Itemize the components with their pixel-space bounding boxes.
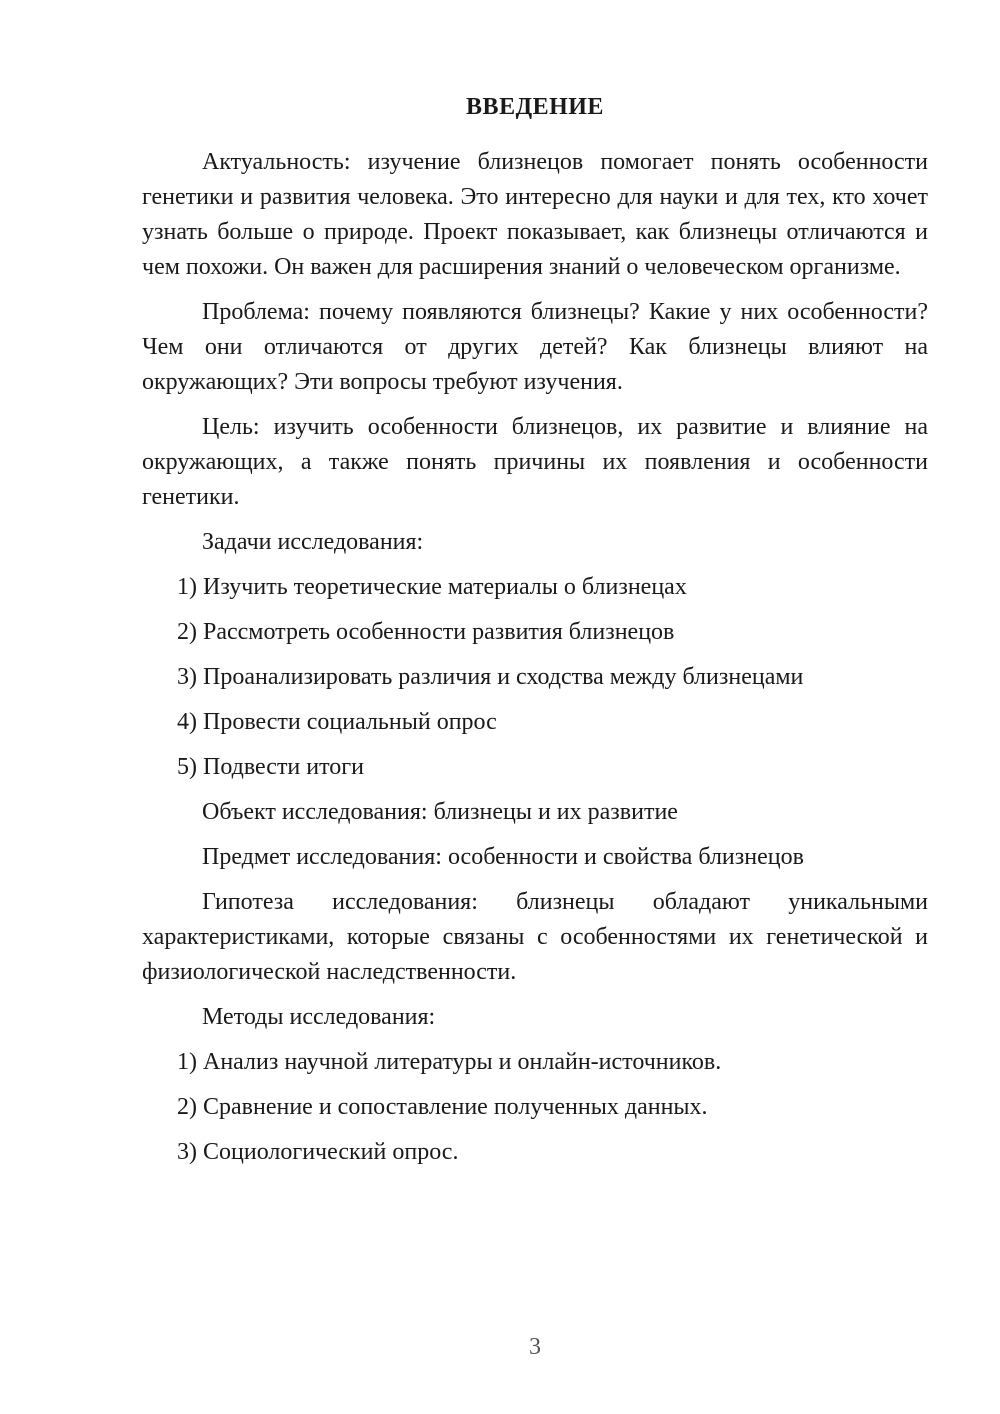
- task-item-4: 4) Провести социальный опрос: [177, 705, 928, 740]
- page-number: 3: [142, 1330, 928, 1365]
- paragraph-relevance: Актуальность: изучение близнецов помогае…: [142, 145, 928, 285]
- task-item-2: 2) Рассмотреть особенности развития близ…: [177, 615, 928, 650]
- page-title: ВВЕДЕНИЕ: [142, 90, 928, 125]
- document-content: ВВЕДЕНИЕ Актуальность: изучение близнецо…: [142, 90, 928, 1180]
- task-item-1: 1) Изучить теоретические материалы о бли…: [177, 570, 928, 605]
- method-item-3: 3) Социологический опрос.: [177, 1135, 928, 1170]
- paragraph-subject: Предмет исследования: особенности и свой…: [142, 840, 928, 875]
- paragraph-hypothesis: Гипотеза исследования: близнецы обладают…: [142, 885, 928, 990]
- task-item-3: 3) Проанализировать различия и сходства …: [177, 660, 928, 695]
- task-item-5: 5) Подвести итоги: [177, 750, 928, 785]
- method-item-1: 1) Анализ научной литературы и онлайн-ис…: [177, 1045, 928, 1080]
- method-item-2: 2) Сравнение и сопоставление полученных …: [177, 1090, 928, 1125]
- paragraph-problem: Проблема: почему появляются близнецы? Ка…: [142, 295, 928, 400]
- methods-heading: Методы исследования:: [142, 1000, 928, 1035]
- document-page: ВВЕДЕНИЕ Актуальность: изучение близнецо…: [0, 0, 1000, 1414]
- paragraph-goal: Цель: изучить особенности близнецов, их …: [142, 410, 928, 515]
- paragraph-object: Объект исследования: близнецы и их разви…: [142, 795, 928, 830]
- tasks-heading: Задачи исследования:: [142, 525, 928, 560]
